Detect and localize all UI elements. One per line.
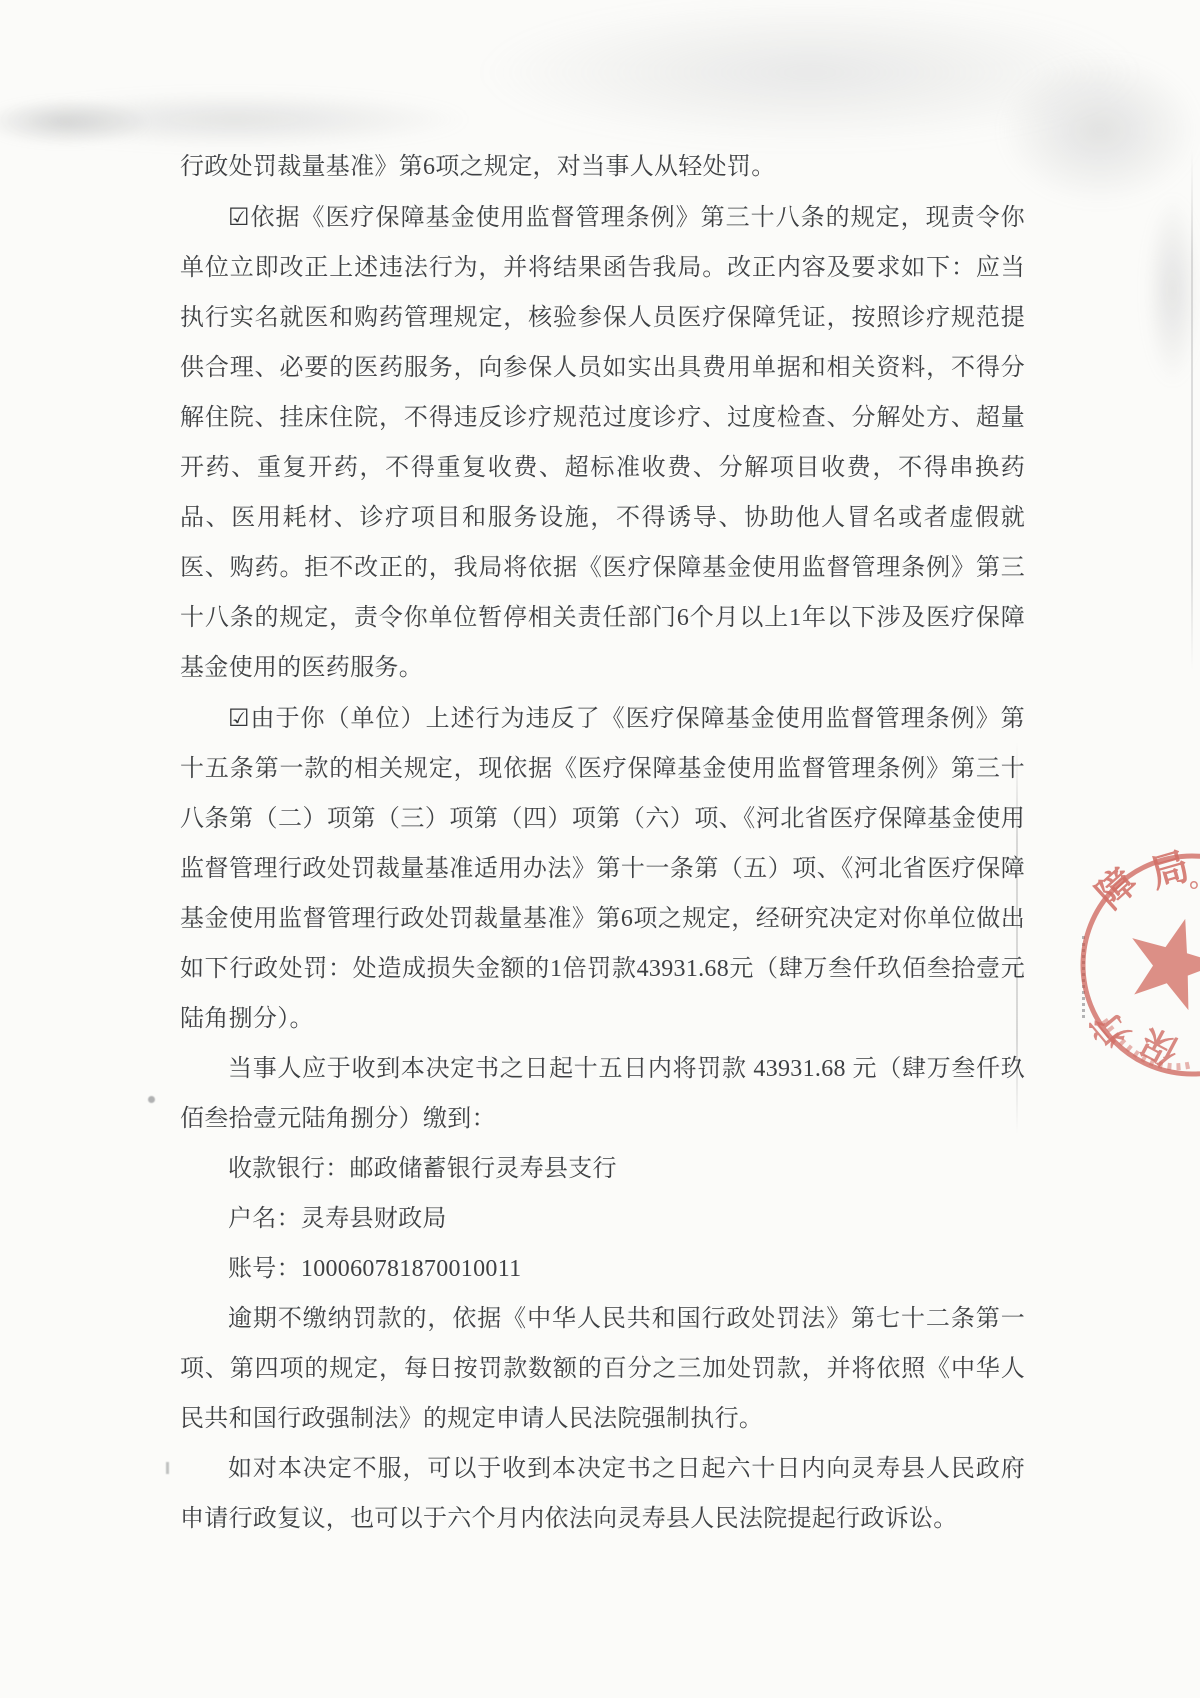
seal-star-icon (1117, 906, 1200, 1015)
document-body: 行政处罚裁量基准》第6项之规定，对当事人从轻处罚。 ☑依据《医疗保障基金使用监督… (180, 142, 1025, 1544)
line-account-number: 账号：100060781870010011 (180, 1244, 1025, 1294)
paragraph-appeal-rights: 如对本决定不服，可以于收到本决定书之日起六十日内向灵寿县人民政府申请行政复议，也… (180, 1444, 1025, 1544)
scan-smudge (480, 0, 1140, 145)
ink-speck (166, 1462, 169, 1474)
checked-checkbox-icon: ☑ (228, 704, 250, 732)
scan-smudge (0, 98, 150, 146)
scan-smudge (1000, 55, 1200, 205)
official-seal-stamp: 障 局 ° 疗 保 (1048, 838, 1200, 1090)
scan-smudge (0, 92, 470, 147)
line-account-name: 户名：灵寿县财政局 (180, 1194, 1025, 1244)
paragraph-correction-order: ☑依据《医疗保障基金使用监督管理条例》第三十八条的规定，现责令你单位立即改正上述… (180, 192, 1025, 693)
paragraph-text: 由于你（单位）上述行为违反了《医疗保障基金使用监督管理条例》第十五条第一款的相关… (180, 706, 1025, 1032)
line-receiving-bank: 收款银行：邮政储蓄银行灵寿县支行 (180, 1144, 1025, 1194)
paragraph-payment-deadline: 当事人应于收到本决定书之日起十五日内将罚款 43931.68 元（肆万叁仟玖佰叁… (180, 1044, 1025, 1144)
paragraph-continuation: 行政处罚裁量基准》第6项之规定，对当事人从轻处罚。 (180, 142, 1025, 192)
checked-checkbox-icon: ☑ (228, 203, 250, 231)
paragraph-penalty-decision: ☑由于你（单位）上述行为违反了《医疗保障基金使用监督管理条例》第十五条第一款的相… (180, 693, 1025, 1044)
seal-separator-mark: ° (1189, 876, 1199, 905)
paragraph-text: 依据《医疗保障基金使用监督管理条例》第三十八条的规定，现责令你单位立即改正上述违… (180, 205, 1025, 681)
paragraph-late-payment: 逾期不缴纳罚款的，依据《中华人民共和国行政处罚法》第七十二条第一项、第四项的规定… (180, 1294, 1025, 1444)
seal-char: 局 (1146, 846, 1194, 897)
ink-speck (148, 1096, 155, 1103)
document-page: 行政处罚裁量基准》第6项之规定，对当事人从轻处罚。 ☑依据《医疗保障基金使用监督… (0, 0, 1200, 1698)
page-edge-shadow (1191, 150, 1193, 670)
scan-smudge (1145, 195, 1200, 385)
